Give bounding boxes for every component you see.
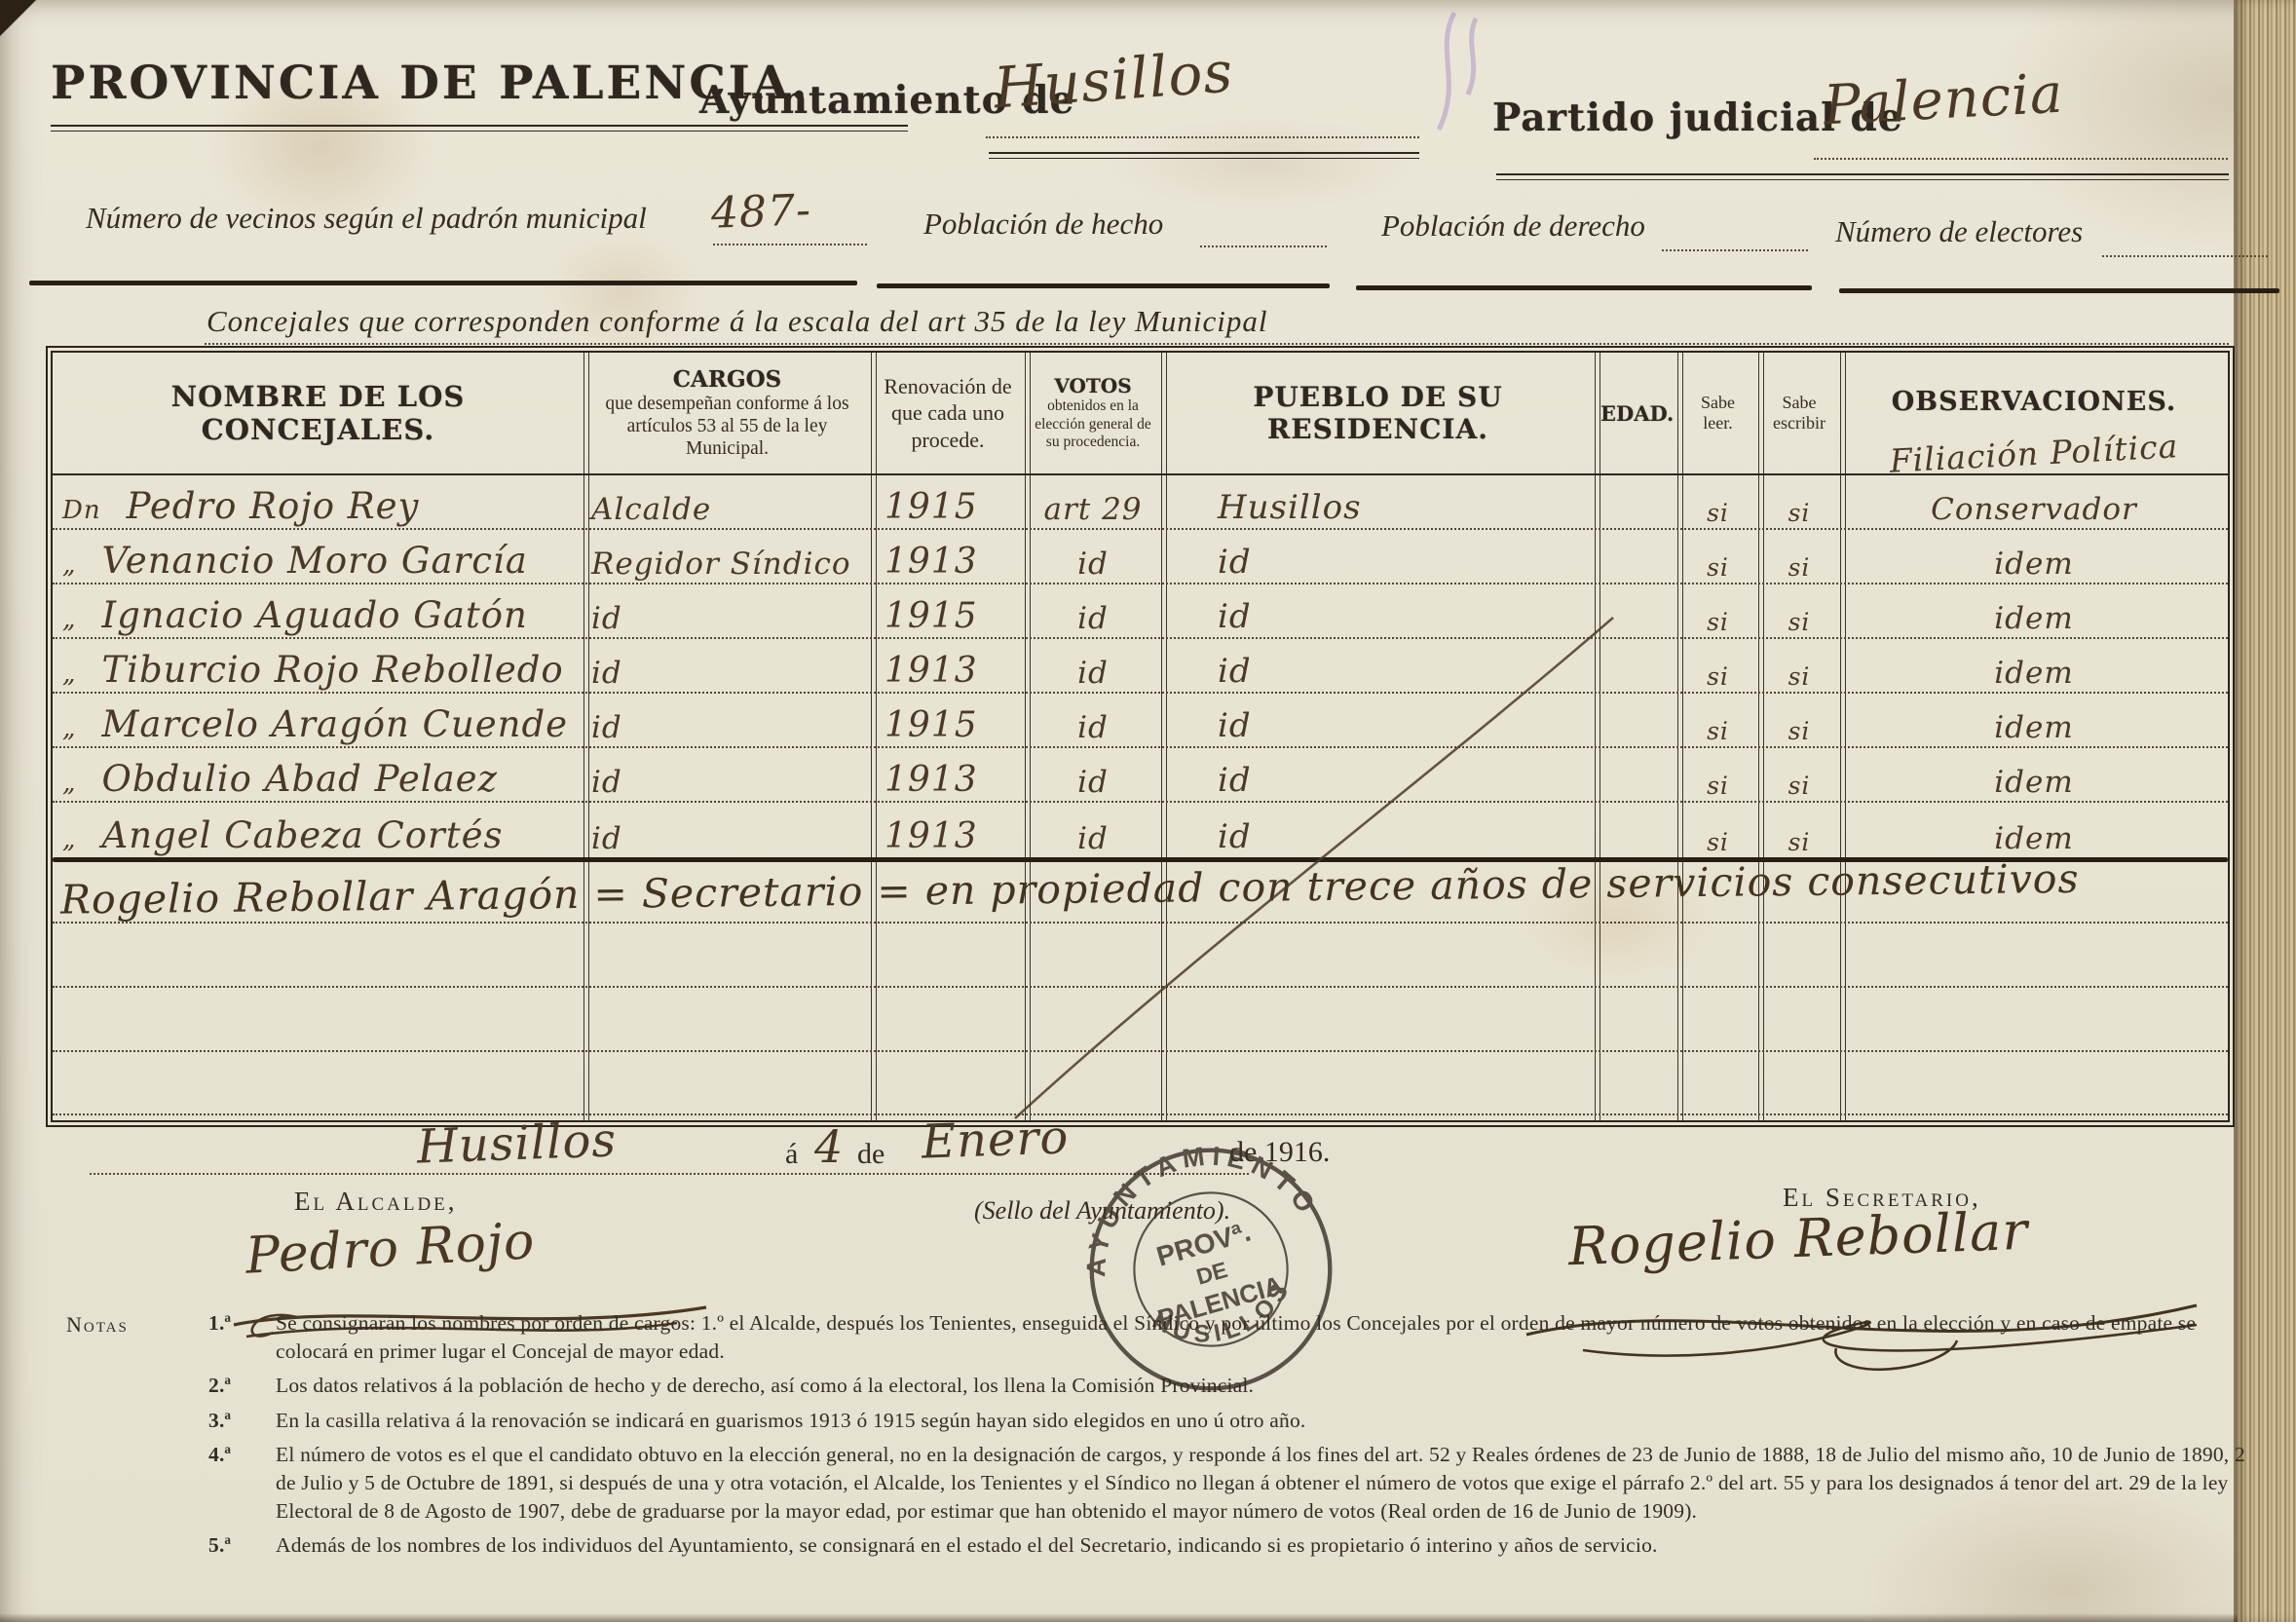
province-title: PROVINCIA DE PALENCIA.	[51, 57, 810, 110]
cell-cargo: Alcalde	[583, 492, 871, 527]
header-rule	[989, 152, 1419, 159]
header-pueblo: PUEBLO DE SU RESIDENCIA.	[1161, 353, 1595, 473]
dateline-month-handwritten: Enero	[921, 1110, 1070, 1169]
table-row: DnPedro Rojo Rey Alcalde 1915 art 29 Hus…	[53, 476, 2228, 530]
cell-leer: si	[1677, 499, 1758, 527]
note-number: 5.ª	[208, 1531, 231, 1560]
concejales-table: NOMBRE DE LOS CONCEJALES. CARGOS que des…	[51, 351, 2230, 1122]
header-votos-title: VOTOS	[1031, 374, 1155, 397]
cell-renovacion: 1913	[871, 542, 1025, 582]
header-cargos-title: CARGOS	[589, 366, 865, 393]
row-prefix: „	[62, 769, 76, 798]
empty-row-line	[53, 922, 2228, 924]
row-renovacion: 1913	[885, 651, 978, 691]
cell-cargo: id	[583, 656, 871, 691]
cell-escribir: si	[1758, 772, 1840, 800]
notes-section: Notas 1.ª Se consignarán los nombres por…	[66, 1309, 2264, 1566]
table-row: „Ignacio Aguado Gatón id 1915 id id si s…	[53, 585, 2228, 639]
cell-votos: id	[1025, 710, 1161, 745]
header-rule	[1496, 173, 2229, 180]
cell-nombre: „Marcelo Aragón Cuende	[53, 703, 583, 745]
note-item: 2.ª Los datos relativos á la población d…	[66, 1372, 2264, 1400]
cell-pueblo: id	[1161, 652, 1595, 691]
cell-observaciones: idem	[1840, 710, 2228, 745]
poblacion-derecho-label: Población de derecho	[1381, 208, 1645, 244]
note-number: 1.ª	[208, 1309, 231, 1338]
dotted-line	[2102, 255, 2268, 257]
cell-renovacion: 1915	[871, 596, 1025, 636]
cell-nombre: DnPedro Rojo Rey	[53, 485, 583, 527]
section-rule	[1839, 288, 2279, 293]
poblacion-hecho-label: Población de hecho	[923, 207, 1163, 242]
row-leer: si	[1707, 717, 1729, 745]
row-pueblo: id	[1218, 543, 1252, 582]
row-renovacion: 1913	[885, 816, 978, 856]
row-leer: si	[1707, 553, 1729, 582]
row-prefix: „	[62, 605, 76, 634]
section-rule	[877, 283, 1330, 288]
row-obs: idem	[1994, 601, 2074, 636]
dateline-a: á	[785, 1138, 798, 1171]
vecinos-value-handwritten: 487-	[710, 185, 812, 239]
row-obs: idem	[1994, 710, 2074, 745]
row-obs: idem	[1994, 656, 2074, 691]
row-escribir: si	[1788, 499, 1811, 527]
table-row: „Marcelo Aragón Cuende id 1915 id id si …	[53, 695, 2228, 748]
note-text: Se consignarán los nombres por orden de …	[276, 1311, 2196, 1363]
row-votos: art 29	[1043, 492, 1142, 527]
row-votos: id	[1077, 601, 1109, 636]
cell-leer: si	[1677, 828, 1758, 856]
cell-cargo: id	[583, 601, 871, 636]
dotted-line	[986, 136, 1419, 138]
note-item: 5.ª Además de los nombres de los individ…	[66, 1531, 2264, 1560]
cell-escribir: si	[1758, 717, 1840, 745]
cell-votos: id	[1025, 547, 1161, 582]
cell-renovacion: 1913	[871, 760, 1025, 800]
empty-row-line	[53, 1050, 2228, 1052]
row-cargo: id	[591, 601, 622, 636]
cell-nombre: „Tiburcio Rojo Rebolledo	[53, 649, 583, 691]
note-text: En la casilla relativa á la renovación s…	[276, 1409, 1306, 1432]
cell-pueblo: id	[1161, 543, 1595, 582]
row-name: Obdulio Abad Pelaez	[101, 758, 498, 800]
empty-row-line	[53, 986, 2228, 988]
alcalde-signature: Pedro Rojo	[245, 1212, 537, 1285]
row-cargo: id	[591, 765, 622, 800]
note-item: Notas 1.ª Se consignarán los nombres por…	[66, 1309, 2264, 1365]
header-sabe-leer-line2: leer.	[1683, 413, 1752, 434]
cell-observaciones: idem	[1840, 547, 2228, 582]
note-text: Además de los nombres de los individuos …	[276, 1533, 1658, 1557]
partido-judicial-value-handwritten: Palencia	[1822, 62, 2064, 138]
row-prefix: „	[62, 550, 76, 580]
section-rule	[29, 281, 857, 285]
row-leer: si	[1707, 828, 1729, 856]
row-escribir: si	[1788, 662, 1811, 691]
cell-leer: si	[1677, 772, 1758, 800]
cell-pueblo: id	[1161, 597, 1595, 636]
dotted-line	[1200, 245, 1327, 247]
secretario-signature: Rogelio Rebollar	[1567, 1200, 2029, 1277]
dotted-line	[713, 244, 867, 245]
cell-votos: id	[1025, 765, 1161, 800]
cell-observaciones: idem	[1840, 601, 2228, 636]
row-votos: id	[1077, 765, 1109, 800]
note-number: 3.ª	[208, 1407, 231, 1435]
header-sabe-leer: Sabe leer.	[1677, 353, 1758, 473]
row-cargo: id	[591, 656, 622, 691]
row-votos: id	[1077, 710, 1109, 745]
table-row: „Angel Cabeza Cortés id 1913 id id si si…	[53, 804, 2228, 857]
notas-label: Notas	[66, 1310, 129, 1339]
cell-leer: si	[1677, 608, 1758, 636]
row-renovacion: 1913	[885, 760, 978, 800]
row-cargo: id	[591, 821, 622, 856]
row-name: Tiburcio Rojo Rebolledo	[101, 649, 563, 691]
cell-escribir: si	[1758, 553, 1840, 582]
row-name: Marcelo Aragón Cuende	[101, 703, 568, 745]
header-rule	[51, 125, 908, 132]
row-pueblo: id	[1218, 597, 1252, 636]
cell-votos: id	[1025, 821, 1161, 856]
row-prefix: „	[62, 660, 76, 689]
header-edad: EDAD.	[1595, 353, 1677, 473]
row-votos: id	[1077, 547, 1109, 582]
cell-cargo: id	[583, 710, 871, 745]
cell-pueblo: id	[1161, 706, 1595, 745]
row-leer: si	[1707, 608, 1729, 636]
header-nombre: NOMBRE DE LOS CONCEJALES.	[53, 353, 583, 473]
cell-observaciones: idem	[1840, 821, 2228, 856]
row-name: Ignacio Aguado Gatón	[101, 594, 527, 636]
row-name: Pedro Rojo Rey	[127, 485, 420, 527]
row-obs: idem	[1994, 765, 2074, 800]
row-name: Angel Cabeza Cortés	[101, 814, 503, 856]
dotted-line	[1662, 249, 1808, 251]
dateline-de: de	[857, 1138, 885, 1171]
section-rule	[1356, 285, 1812, 290]
cell-votos: id	[1025, 656, 1161, 691]
note-text: Los datos relativos á la población de he…	[276, 1374, 1254, 1397]
row-prefix: „	[62, 714, 76, 743]
ayuntamiento-value-handwritten: Husillos	[992, 39, 1235, 122]
dotted-line	[1814, 158, 2228, 160]
header-sabe-escribir-line1: Sabe	[1764, 393, 1834, 413]
row-name: Venancio Moro García	[101, 540, 527, 582]
cell-cargo: id	[583, 765, 871, 800]
page-bottom-shadow	[0, 1613, 2238, 1622]
header-sabe-escribir-line2: escribir	[1764, 413, 1834, 434]
cell-observaciones: idem	[1840, 765, 2228, 800]
cell-pueblo: id	[1161, 817, 1595, 856]
vecinos-label: Número de vecinos según el padrón munici…	[86, 201, 647, 236]
row-leer: si	[1707, 499, 1729, 527]
row-cargo: Regidor Síndico	[591, 547, 851, 582]
cell-renovacion: 1915	[871, 705, 1025, 745]
row-obs: idem	[1994, 821, 2074, 856]
cell-votos: art 29	[1025, 492, 1161, 527]
alcalde-label: El Alcalde,	[294, 1187, 458, 1217]
row-renovacion: 1915	[885, 487, 978, 527]
row-cargo: Alcalde	[591, 492, 711, 527]
row-votos: id	[1077, 821, 1109, 856]
header-sabe-leer-line1: Sabe	[1683, 393, 1752, 413]
cell-cargo: Regidor Síndico	[583, 547, 871, 582]
note-item: 3.ª En la casilla relativa á la renovaci…	[66, 1407, 2264, 1435]
cell-escribir: si	[1758, 608, 1840, 636]
cell-pueblo: id	[1161, 761, 1595, 800]
row-escribir: si	[1788, 828, 1811, 856]
note-text: El número de votos es el que el candidat…	[276, 1443, 2245, 1522]
cell-renovacion: 1913	[871, 816, 1025, 856]
row-votos: id	[1077, 656, 1109, 691]
row-leer: si	[1707, 772, 1729, 800]
row-pueblo: id	[1218, 652, 1252, 691]
note-item: 4.ª El número de votos es el que el cand…	[66, 1441, 2264, 1525]
cell-nombre: „Angel Cabeza Cortés	[53, 814, 583, 856]
table-row: „Tiburcio Rojo Rebolledo id 1913 id id s…	[53, 640, 2228, 694]
row-cargo: id	[591, 710, 622, 745]
cell-leer: si	[1677, 717, 1758, 745]
row-pueblo: id	[1218, 817, 1252, 856]
dateline-place-handwritten: Husillos	[416, 1113, 618, 1174]
subtitle-line: Concejales que corresponden conforme á l…	[207, 304, 1267, 339]
header-votos-sub: obtenidos en la elección general de su p…	[1031, 397, 1155, 452]
secretary-handwritten-line: Rogelio Rebollar Aragón = Secretario = e…	[60, 853, 2218, 923]
row-renovacion: 1915	[885, 705, 978, 745]
cell-renovacion: 1915	[871, 487, 1025, 527]
cell-escribir: si	[1758, 499, 1840, 527]
row-escribir: si	[1788, 717, 1811, 745]
row-escribir: si	[1788, 608, 1811, 636]
row-pueblo: id	[1218, 706, 1252, 745]
row-pueblo: Husillos	[1218, 488, 1362, 527]
header-cargos-sub: que desempeñan conforme á los artículos …	[589, 393, 865, 460]
header-sabe-escribir: Sabe escribir	[1758, 353, 1840, 473]
cell-leer: si	[1677, 553, 1758, 582]
dotted-line	[205, 343, 2229, 345]
row-prefix: Dn	[62, 496, 101, 525]
row-escribir: si	[1788, 553, 1811, 582]
cell-nombre: „Obdulio Abad Pelaez	[53, 758, 583, 800]
row-renovacion: 1913	[885, 542, 978, 582]
header-votos: VOTOS obtenidos en la elección general d…	[1025, 353, 1161, 473]
cell-escribir: si	[1758, 662, 1840, 691]
dateline-day-handwritten: 4	[814, 1120, 844, 1173]
row-prefix: „	[62, 825, 76, 854]
row-escribir: si	[1788, 772, 1811, 800]
cell-escribir: si	[1758, 828, 1840, 856]
cell-observaciones: idem	[1840, 656, 2228, 691]
cell-leer: si	[1677, 662, 1758, 691]
row-renovacion: 1915	[885, 596, 978, 636]
cell-nombre: „Venancio Moro García	[53, 540, 583, 582]
row-pueblo: id	[1218, 761, 1252, 800]
header-cargos: CARGOS que desempeñan conforme á los art…	[583, 353, 871, 473]
cell-nombre: „Ignacio Aguado Gatón	[53, 594, 583, 636]
cell-votos: id	[1025, 601, 1161, 636]
header-renovacion: Renovación de que cada uno procede.	[871, 353, 1025, 473]
table-row: „Venancio Moro García Regidor Síndico 19…	[53, 531, 2228, 585]
cell-cargo: id	[583, 821, 871, 856]
note-number: 2.ª	[208, 1372, 231, 1400]
row-leer: si	[1707, 662, 1729, 691]
table-row: „Obdulio Abad Pelaez id 1913 id id si si…	[53, 749, 2228, 803]
page-corner-shadow	[0, 0, 90, 47]
scanned-municipal-form: PROVINCIA DE PALENCIA. Ayuntamiento de H…	[0, 0, 2296, 1622]
row-obs: Conservador	[1931, 492, 2137, 527]
cell-pueblo: Husillos	[1161, 488, 1595, 527]
cell-observaciones: Conservador	[1840, 492, 2228, 527]
empty-row-line	[53, 1113, 2228, 1115]
cell-renovacion: 1913	[871, 651, 1025, 691]
electores-label: Número de electores	[1835, 214, 2083, 249]
row-obs: idem	[1994, 547, 2074, 582]
note-number: 4.ª	[208, 1441, 231, 1469]
